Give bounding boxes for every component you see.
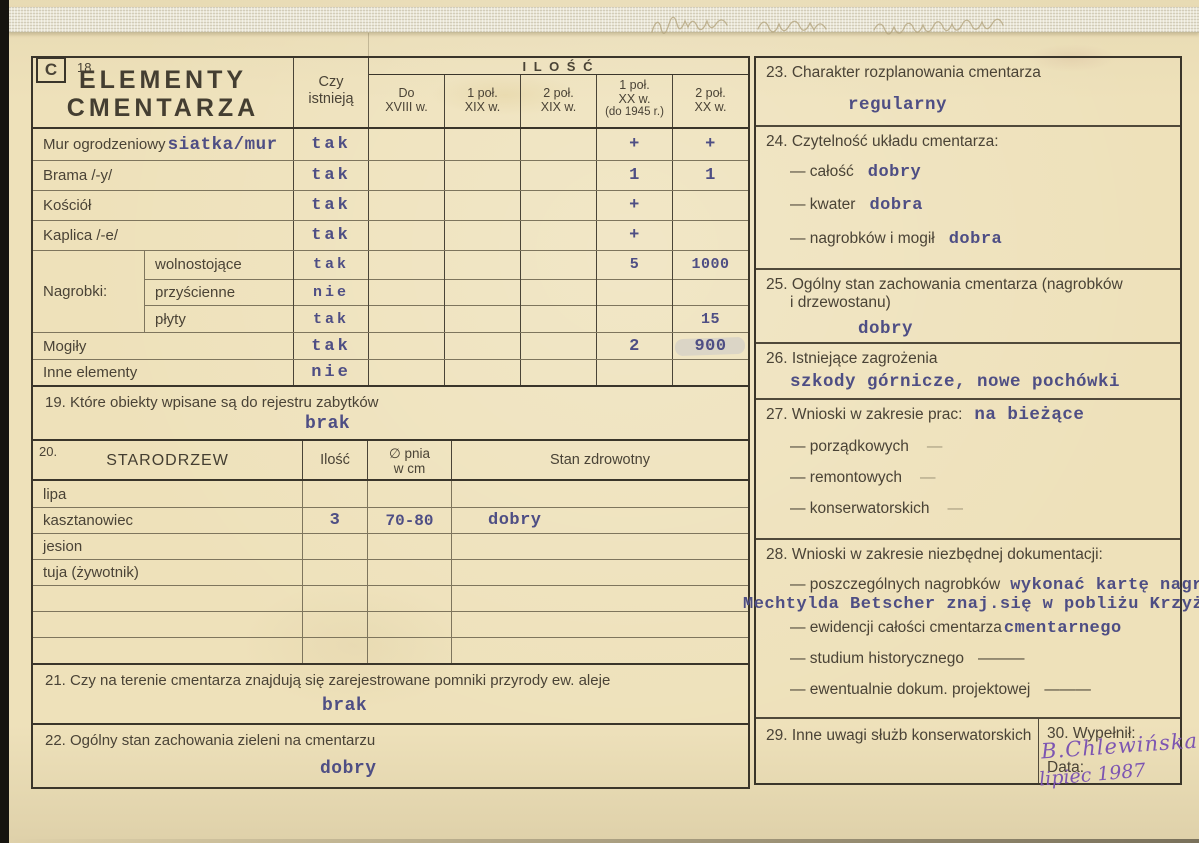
- tree-health: [452, 638, 748, 663]
- qty-cell: [445, 279, 520, 306]
- item-typed: cmentarnego: [1004, 619, 1122, 638]
- exists-value: nie: [294, 279, 368, 306]
- tree-qty: [303, 534, 368, 559]
- tree-name: kasztanowiec: [33, 508, 303, 533]
- qty-cell: [597, 305, 672, 332]
- section-25-value: dobry: [858, 319, 1180, 339]
- form-number: 18.: [77, 60, 95, 75]
- tree-row: tuja (żywotnik): [33, 559, 748, 585]
- section-23: 23. Charakter rozplanowania cmentarza re…: [756, 58, 1180, 125]
- title-cell: C 18. ELEMENTY CMENTARZA: [33, 58, 294, 127]
- qty-cell: [445, 161, 521, 190]
- blank-dash: ———: [1044, 681, 1091, 699]
- qty-cell: +: [597, 191, 673, 220]
- col-period-3: 2 poł.XIX w.: [521, 75, 597, 127]
- qty-cell: [673, 279, 748, 306]
- tree-name: [33, 586, 303, 611]
- qty-cell: +: [597, 129, 673, 160]
- col-header-health: Stan zdrowotny: [452, 441, 748, 479]
- qty-cell: [597, 360, 673, 385]
- item-label: — konserwatorskich: [790, 500, 930, 518]
- tree-qty: 3: [303, 508, 368, 533]
- section-27-item: — porządkowych—: [756, 438, 1180, 456]
- section-24-label: 24. Czytelność układu cmentarza:: [756, 127, 1180, 151]
- qty-cell-corrected: 900: [673, 333, 748, 359]
- qty-cell: [673, 221, 748, 250]
- tree-diameter: [368, 586, 452, 611]
- quantity-title: I L O Ś Ć: [369, 58, 748, 75]
- section-23-label: 23. Charakter rozplanowania cmentarza: [756, 58, 1180, 82]
- item-value: dobra: [869, 196, 923, 215]
- row-label: Inne elementy: [43, 364, 137, 381]
- blank-dash: ———: [978, 650, 1025, 668]
- binding-fabric-strip: [8, 7, 1199, 33]
- qty-cell: +: [597, 221, 673, 250]
- row-brama: Brama /-y/ tak 1 1: [33, 160, 748, 190]
- qty-cell: [445, 191, 521, 220]
- item-label: — poszczególnych nagrobków: [790, 576, 1000, 594]
- row-label: płyty: [145, 305, 293, 332]
- pencil-dash: —: [927, 438, 942, 456]
- qty-cell: [673, 191, 748, 220]
- qty-cell: [597, 279, 672, 306]
- qty-cell: [521, 279, 596, 306]
- tree-name: lipa: [33, 481, 303, 507]
- qty-cell: [521, 251, 596, 279]
- qty-cell: [521, 161, 597, 190]
- tree-health: [452, 586, 748, 611]
- section-23-value: regularny: [848, 95, 1180, 115]
- qty-cell: 1: [597, 161, 673, 190]
- item-value: dobra: [949, 230, 1003, 249]
- table-title-line1: ELEMENTY: [33, 66, 293, 94]
- tree-health: [452, 612, 748, 637]
- item-label: — ewidencji całości cmentarza: [790, 619, 1002, 637]
- section-30: 30. Wypełnił: B.Chlewińska Data: lipiec …: [1039, 719, 1180, 783]
- nagrobki-exists: tak nie tak: [294, 251, 369, 332]
- section-27: 27. Wnioski w zakresie prac:na bieżące —…: [756, 398, 1180, 538]
- section-22-label: 22. Ogólny stan zachowania zieleni na cm…: [33, 725, 748, 749]
- section-26-value: szkody górnicze, nowe pochówki: [790, 372, 1180, 392]
- section-19: 19. Które obiekty wpisane są do rejestru…: [33, 385, 748, 439]
- item-label: — remontowych: [790, 469, 902, 487]
- row-label: Mur ogrodzeniowy: [43, 136, 166, 153]
- tree-qty: [303, 560, 368, 585]
- section-21: 21. Czy na terenie cmentarza znajdują si…: [33, 663, 748, 723]
- nagrobki-group: Nagrobki: wolnostojące przyścienne płyty…: [33, 250, 748, 332]
- scan-left-edge: [0, 0, 9, 843]
- tree-diameter: [368, 638, 452, 663]
- exists-value: tak: [294, 305, 368, 332]
- right-panel: 23. Charakter rozplanowania cmentarza re…: [754, 56, 1182, 785]
- row-label: Kościół: [43, 197, 91, 214]
- section-letter-box: C: [36, 57, 66, 83]
- qty-cell: [445, 333, 521, 359]
- section-27-item: — konserwatorskich—: [756, 500, 1180, 518]
- section-25-label-line2: i drzewostanu): [756, 294, 1180, 312]
- exists-value: tak: [294, 251, 368, 279]
- exists-value: tak: [294, 129, 369, 160]
- section-19-value: brak: [305, 414, 350, 434]
- scanned-cemetery-card: C 18. ELEMENTY CMENTARZA Czy istnieją I …: [0, 0, 1199, 843]
- section-29-label: 29. Inne uwagi służb konserwatorskich: [756, 719, 1039, 783]
- nagrobki-col1: [369, 251, 445, 332]
- qty-cell: 2: [597, 333, 673, 359]
- qty-cell: [521, 191, 597, 220]
- section-28-label: 28. Wnioski w zakresie niezbędnej dokume…: [756, 540, 1180, 564]
- tree-qty: [303, 481, 368, 507]
- tree-name: jesion: [33, 534, 303, 559]
- item-label: — całość: [790, 163, 854, 181]
- row-label: Kaplica /-e/: [43, 227, 118, 244]
- section-21-label: 21. Czy na terenie cmentarza znajdują si…: [33, 665, 748, 689]
- col-header-exists: Czy istnieją: [294, 58, 369, 127]
- qty-cell: [445, 305, 520, 332]
- section-27-item: — remontowych—: [756, 469, 1180, 487]
- section-24-item: — całośćdobry: [756, 163, 1180, 182]
- starodrzew-title: STARODRZEW: [33, 441, 302, 470]
- tree-name: [33, 612, 303, 637]
- section-28-item4: — ewentualnie dokum. projektowej———: [756, 681, 1180, 699]
- qty-cell: 5: [597, 251, 672, 279]
- tree-diameter: [368, 534, 452, 559]
- section-27-typed: na bieżące: [974, 406, 1084, 424]
- diameter-line1: ∅ pnia: [368, 446, 451, 461]
- exists-value: tak: [294, 191, 369, 220]
- tree-diameter: [368, 612, 452, 637]
- section-22: 22. Ogólny stan zachowania zieleni na cm…: [33, 723, 748, 787]
- row-label: przyścienne: [145, 279, 293, 306]
- tree-row: jesion: [33, 533, 748, 559]
- section-24: 24. Czytelność układu cmentarza: — całoś…: [756, 125, 1180, 268]
- tree-name: tuja (żywotnik): [33, 560, 303, 585]
- tree-row: lipa: [33, 481, 748, 507]
- col-header-quantity: I L O Ś Ć DoXVIII w. 1 poł.XIX w. 2 poł.…: [369, 58, 748, 127]
- qty-cell: [369, 333, 445, 359]
- section-24-item: — nagrobków i mogiłdobra: [756, 230, 1180, 249]
- qty-cell: [369, 129, 445, 160]
- qty-cell: 1000: [673, 251, 748, 279]
- tree-diameter: [368, 560, 452, 585]
- qty-cell: [521, 333, 597, 359]
- qty-cell: [521, 305, 596, 332]
- row-inne-elementy: Inne elementy nie: [33, 359, 748, 385]
- nagrobki-col5: 1000 15: [673, 251, 748, 332]
- scan-bottom-edge: [9, 839, 1199, 843]
- exists-value: nie: [294, 360, 369, 385]
- item-label: — porządkowych: [790, 438, 909, 456]
- qty-cell: [369, 221, 445, 250]
- section-29-30: 29. Inne uwagi służb konserwatorskich 30…: [756, 717, 1180, 783]
- row-label: wolnostojące: [145, 251, 293, 279]
- item-value: dobry: [868, 163, 922, 182]
- qty-cell: 15: [673, 305, 748, 332]
- tree-health: dobry: [452, 508, 748, 533]
- nagrobki-sublabels: wolnostojące przyścienne płyty: [145, 251, 294, 332]
- qty-cell: [445, 251, 520, 279]
- tree-name: [33, 638, 303, 663]
- qty-cell: [445, 221, 521, 250]
- fold-line: [368, 33, 369, 56]
- qty-cell: [445, 129, 521, 160]
- col-period-2: 1 poł.XIX w.: [445, 75, 521, 127]
- qty-cell: [369, 360, 445, 385]
- qty-cell: [369, 161, 445, 190]
- section-28-item3: — studium historycznego———: [756, 650, 1180, 668]
- col-period-1: DoXVIII w.: [369, 75, 445, 127]
- starodrzew-header: 20. STARODRZEW Ilość ∅ pnia w cm Stan zd…: [33, 441, 748, 481]
- section-22-value: dobry: [320, 759, 377, 779]
- item-label: — studium historycznego: [790, 650, 964, 668]
- qty-cell: +: [673, 129, 748, 160]
- starodrzew-table: 20. STARODRZEW Ilość ∅ pnia w cm Stan zd…: [33, 439, 748, 663]
- row-label: Brama /-y/: [43, 167, 112, 184]
- nagrobki-col3: [521, 251, 597, 332]
- section-28-item2: — ewidencji całości cmentarzacmentarnego: [756, 619, 1180, 638]
- elements-header: C 18. ELEMENTY CMENTARZA Czy istnieją I …: [33, 58, 748, 129]
- section-25: 25. Ogólny stan zachowania cmentarza (na…: [756, 268, 1180, 342]
- qty-cell: [521, 221, 597, 250]
- col-period-5: 2 poł.XX w.: [673, 75, 748, 127]
- tree-row: kasztanowiec 3 70-80 dobry: [33, 507, 748, 533]
- exists-value: tak: [294, 221, 369, 250]
- item-label: — nagrobków i mogił: [790, 230, 935, 248]
- diameter-line2: w cm: [368, 461, 451, 476]
- tree-qty: [303, 612, 368, 637]
- item-typed: wykonać kartę nagr.: [1010, 576, 1199, 595]
- row-label: Mogiły: [43, 338, 86, 355]
- section-24-item: — kwaterdobra: [756, 196, 1180, 215]
- section-28: 28. Wnioski w zakresie niezbędnej dokume…: [756, 538, 1180, 717]
- exists-value: tak: [294, 161, 369, 190]
- section-19-label: 19. Które obiekty wpisane są do rejestru…: [33, 387, 748, 411]
- table-title: ELEMENTY CMENTARZA: [33, 58, 293, 122]
- tree-diameter: [368, 481, 452, 507]
- col-header-qty: Ilość: [303, 441, 368, 479]
- qty-value: 900: [694, 337, 726, 356]
- tree-row-empty: [33, 611, 748, 637]
- qty-cell: [369, 251, 444, 279]
- exists-value: tak: [294, 333, 369, 359]
- qty-cell: [521, 360, 597, 385]
- row-kosciol: Kościół tak +: [33, 190, 748, 220]
- tree-row-empty: [33, 585, 748, 611]
- section-21-value: brak: [322, 696, 367, 716]
- pencil-dash: —: [920, 469, 935, 487]
- pencil-annotation: [646, 14, 1016, 47]
- row-mur-ogrodzeniowy: Mur ogrodzeniowysiatka/mur tak + +: [33, 129, 748, 160]
- qty-cell: [369, 305, 444, 332]
- item-label: — kwater: [790, 196, 855, 214]
- typed-overflow-line: Mechtylda Betscher znaj.się w pobliżu Kr…: [743, 595, 1199, 614]
- tree-health: [452, 560, 748, 585]
- tree-qty: [303, 638, 368, 663]
- nagrobki-col4: 5: [597, 251, 673, 332]
- typed-entry: siatka/mur: [168, 135, 278, 155]
- col-exists-line1: Czy: [294, 74, 368, 91]
- row-kaplica: Kaplica /-e/ tak +: [33, 220, 748, 250]
- table-title-line2: CMENTARZA: [33, 94, 293, 122]
- section-26-label: 26. Istniejące zagrożenia: [756, 344, 1180, 368]
- section-27-label: 27. Wnioski w zakresie prac:: [766, 406, 962, 424]
- qty-cell: [521, 129, 597, 160]
- section-26: 26. Istniejące zagrożenia szkody górnicz…: [756, 342, 1180, 398]
- col-header-diameter: ∅ pnia w cm: [368, 441, 452, 479]
- section-27-head: 27. Wnioski w zakresie prac:na bieżące: [756, 400, 1180, 424]
- tree-row-empty: [33, 637, 748, 663]
- tree-health: [452, 534, 748, 559]
- pencil-dash: —: [948, 500, 963, 518]
- section-28-item1: — poszczególnych nagrobkówwykonać kartę …: [756, 576, 1180, 595]
- qty-cell: [445, 360, 521, 385]
- elements-table: C 18. ELEMENTY CMENTARZA Czy istnieją I …: [31, 56, 750, 789]
- nagrobki-label: Nagrobki:: [33, 251, 145, 332]
- col-exists-line2: istnieją: [294, 91, 368, 108]
- qty-cell: [369, 279, 444, 306]
- tree-diameter: 70-80: [368, 508, 452, 533]
- section-25-label: 25. Ogólny stan zachowania cmentarza (na…: [756, 270, 1180, 294]
- col-period-4: 1 poł.XX w.(do 1945 r.): [597, 75, 673, 127]
- tree-health: [452, 481, 748, 507]
- qty-cell: [369, 191, 445, 220]
- row-mogily: Mogiły tak 2 900: [33, 332, 748, 359]
- qty-cell: [673, 360, 748, 385]
- section-20-number: 20.: [39, 444, 57, 459]
- tree-qty: [303, 586, 368, 611]
- qty-cell: 1: [673, 161, 748, 190]
- nagrobki-col2: [445, 251, 521, 332]
- item-label: — ewentualnie dokum. projektowej: [790, 681, 1030, 699]
